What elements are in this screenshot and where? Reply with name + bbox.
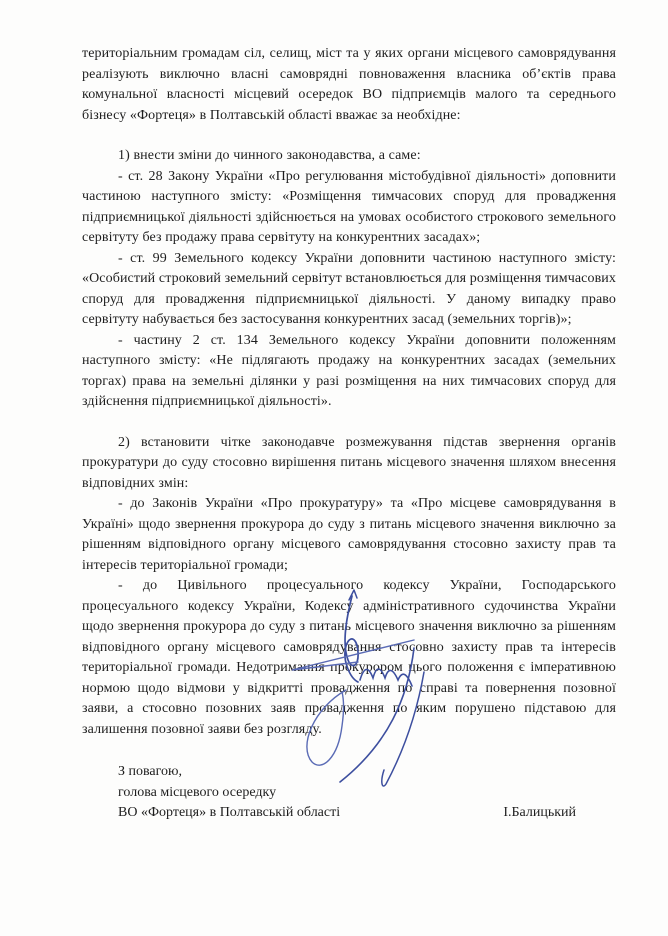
list-item-1-subitem-b: - ст. 99 Земельного кодексу України допо… — [82, 249, 616, 331]
list-item-2-subitem-a: - до Законів України «Про прокуратуру» т… — [82, 494, 616, 576]
closing-title-line1: голова місцевого осередку — [118, 783, 616, 804]
closing-row: ВО «Фортеця» в Полтавській області І.Бал… — [118, 803, 616, 824]
list-item-2-heading: 2) встановити чітке законодавче розмежув… — [82, 433, 616, 495]
list-item-1-subitem-c: - частину 2 ст. 134 Земельного кодексу У… — [82, 331, 616, 413]
signatory-name: І.Балицький — [503, 803, 576, 824]
closing-block: З повагою, голова місцевого осередку ВО … — [118, 762, 616, 824]
list-item-1-heading: 1) внести зміни до чинного законодавства… — [82, 146, 616, 167]
paragraph-continuation: територіальним громадам сіл, селищ, міст… — [82, 44, 616, 126]
list-item-2-subitem-b: - до Цивільного процесуального кодексу У… — [82, 576, 616, 740]
closing-salutation: З повагою, — [118, 762, 616, 783]
letter-body: територіальним громадам сіл, селищ, міст… — [82, 44, 616, 824]
document-page: територіальним громадам сіл, селищ, міст… — [0, 0, 668, 936]
closing-title-line2: ВО «Фортеця» в Полтавській області — [118, 803, 340, 824]
list-item-1-subitem-a: - ст. 28 Закону України «Про регулювання… — [82, 167, 616, 249]
